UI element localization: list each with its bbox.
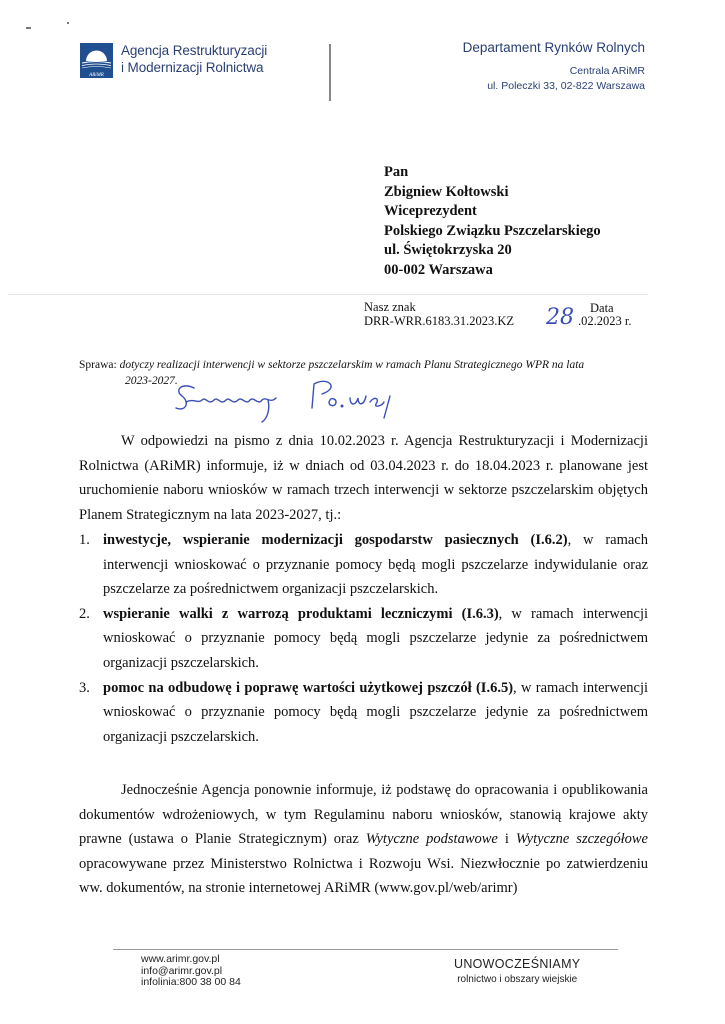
svg-text:ARiMR: ARiMR bbox=[88, 73, 104, 78]
list-item: 2. wspieranie walki z warrozą produktami… bbox=[79, 602, 648, 676]
header-divider bbox=[329, 44, 331, 101]
salutation-signature-icon bbox=[172, 378, 412, 426]
list-item-title: wspieranie walki z warrozą produktami le… bbox=[103, 606, 499, 622]
interventions-list: 1. inwestycje, wspieranie modernizacji g… bbox=[79, 528, 648, 749]
recipient-city: 00-002 Warszawa bbox=[384, 261, 601, 281]
scan-fold-line bbox=[8, 294, 648, 295]
list-item: 3. pomoc na odbudowę i poprawę wartości … bbox=[79, 676, 648, 750]
paragraph-2-text: opracowywane przez Ministerstwo Rolnictw… bbox=[79, 856, 648, 897]
footer-contact: www.arimr.gov.pl info@arimr.gov.pl infol… bbox=[141, 954, 241, 989]
recipient-organization: Polskiego Związku Pszczelarskiego bbox=[384, 222, 601, 242]
body-paragraph-2: Jednocześnie Agencja ponownie informuje,… bbox=[79, 778, 648, 901]
footer-website[interactable]: www.arimr.gov.pl bbox=[141, 954, 241, 966]
date-day-handwritten: 28 bbox=[546, 305, 574, 330]
scan-artifact bbox=[26, 22, 76, 32]
list-item: 1. inwestycje, wspieranie modernizacji g… bbox=[79, 528, 648, 602]
footer-divider bbox=[113, 949, 618, 950]
agency-name-line1: Agencja Restrukturyzacji bbox=[121, 42, 267, 59]
reference-label: Nasz znak bbox=[364, 300, 416, 314]
agency-name-line2: i Modernizacji Rolnictwa bbox=[121, 59, 267, 76]
recipient-name: Zbigniew Kołtowski bbox=[384, 183, 601, 203]
paragraph-2-text: i bbox=[498, 831, 516, 847]
slogan-title: UNOWOCZEŚNIAMY bbox=[454, 957, 580, 971]
agency-name: Agencja Restrukturyzacji i Modernizacji … bbox=[121, 42, 267, 76]
list-item-number: 3. bbox=[79, 676, 90, 701]
date-value: .02.2023 r. bbox=[578, 314, 631, 329]
list-item-title: inwestycje, wspieranie modernizacji gosp… bbox=[103, 532, 568, 548]
recipient-title: Pan bbox=[384, 163, 601, 183]
guidelines-basic: Wytyczne podstawowe bbox=[366, 831, 498, 847]
list-item-number: 1. bbox=[79, 528, 90, 553]
department-address: Centrala ARiMR ul. Poleczki 33, 02-822 W… bbox=[487, 64, 645, 94]
footer-slogan: UNOWOCZEŚNIAMY rolnictwo i obszary wiejs… bbox=[454, 957, 580, 985]
footer-hotline: infolinia:800 38 00 84 bbox=[141, 977, 241, 989]
recipient-block: Pan Zbigniew Kołtowski Wiceprezydent Pol… bbox=[384, 163, 601, 281]
guidelines-detailed: Wytyczne szczegółowe bbox=[516, 831, 648, 847]
subject-label: Sprawa: bbox=[79, 359, 117, 371]
subject-text: dotyczy realizacji interwencji w sektorz… bbox=[120, 359, 585, 371]
body-paragraph-1: W odpowiedzi na pismo z dnia 10.02.2023 … bbox=[79, 429, 648, 527]
list-item-number: 2. bbox=[79, 602, 90, 627]
arimr-logo: ARiMR bbox=[80, 43, 113, 78]
logo-sunrise-icon: ARiMR bbox=[80, 43, 113, 78]
handwritten-salutation bbox=[172, 378, 412, 431]
slogan-subtitle: rolnictwo i obszary wiejskie bbox=[454, 974, 580, 985]
reference-number: DRR-WRR.6183.31.2023.KZ bbox=[364, 314, 514, 328]
office-name: Centrala ARiMR bbox=[487, 64, 645, 79]
list-item-title: pomoc na odbudowę i poprawę wartości uży… bbox=[103, 680, 513, 696]
recipient-position: Wiceprezydent bbox=[384, 202, 601, 222]
department-name: Departament Rynków Rolnych bbox=[463, 40, 645, 55]
recipient-street: ul. Świętokrzyska 20 bbox=[384, 241, 601, 261]
office-address: ul. Poleczki 33, 02-822 Warszawa bbox=[487, 79, 645, 94]
